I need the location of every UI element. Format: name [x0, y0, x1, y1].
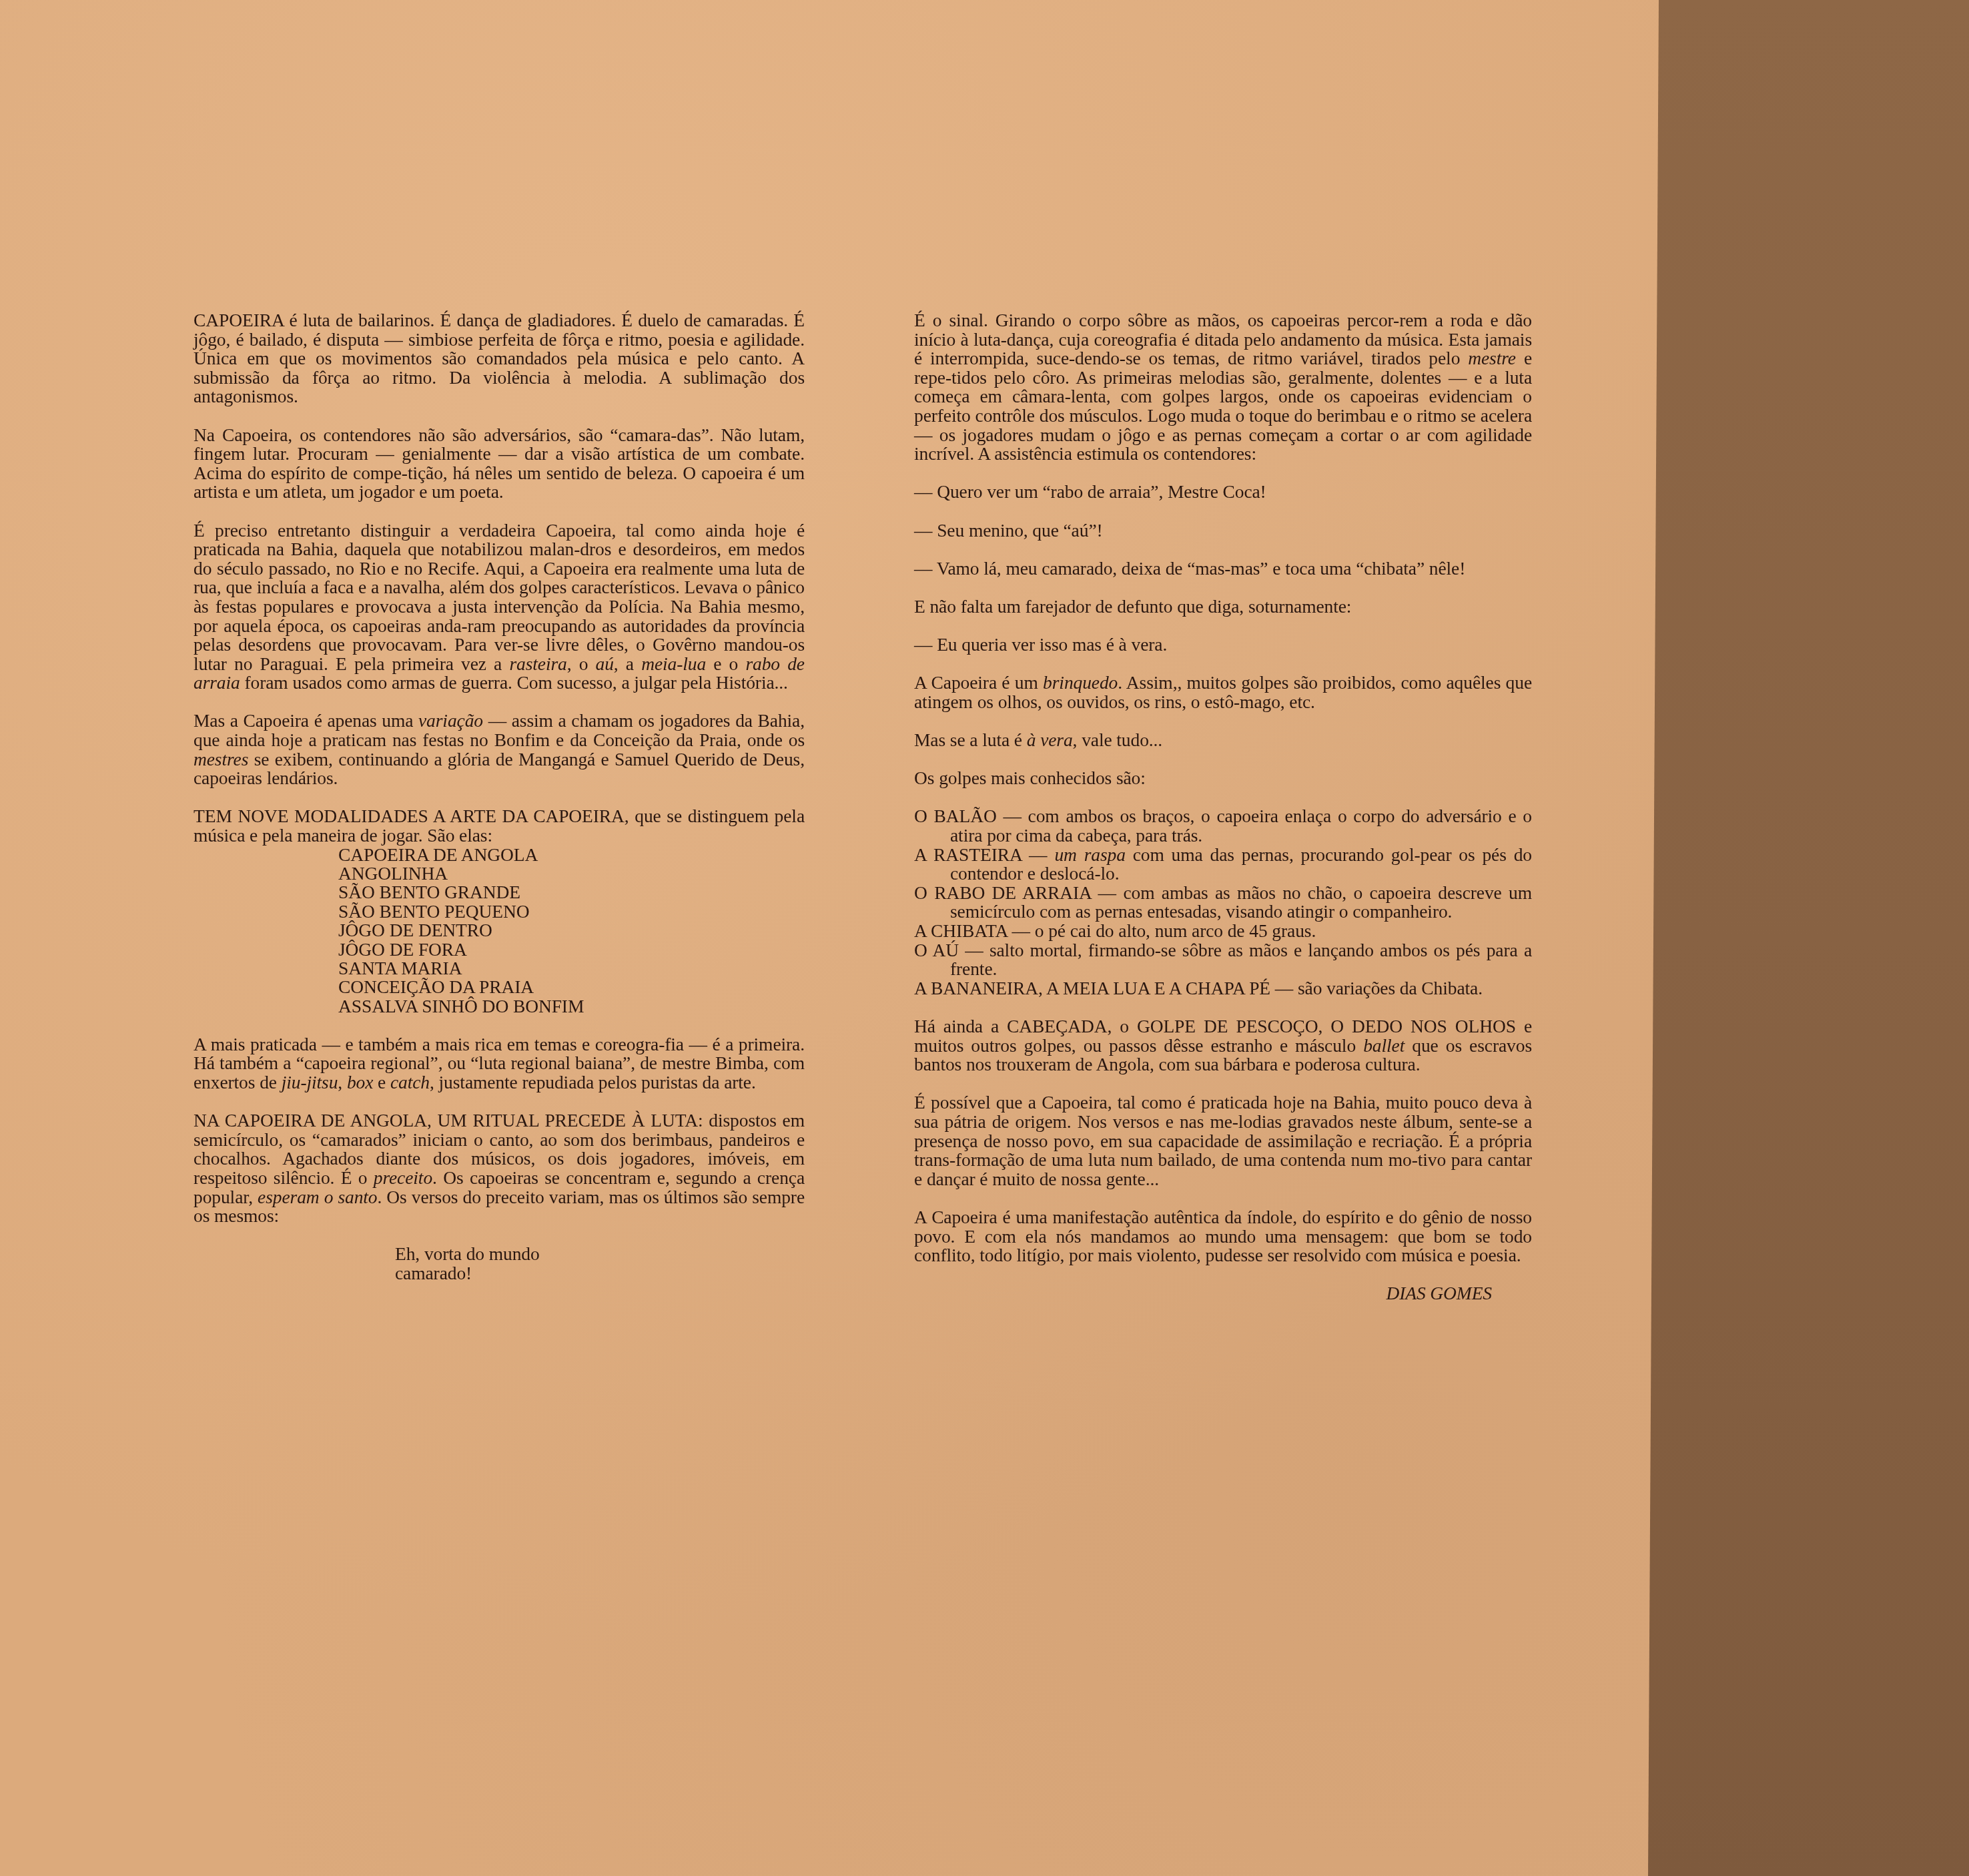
paragraph-r10: Há ainda a CABEÇADA, o GOLPE DE PESCOÇO,…: [914, 1017, 1532, 1074]
list-item: SÃO BENTO PEQUENO: [338, 902, 805, 921]
paragraph-r4: — Vamo lá, meu camarado, deixa de “mas-m…: [914, 559, 1532, 579]
modalidades-list: CAPOEIRA DE ANGOLAANGOLINHASÃO BENTO GRA…: [193, 846, 805, 1016]
paragraph-p5: TEM NOVE MODALIDADES A ARTE DA CAPOEIRA,…: [193, 807, 805, 845]
right-paragraphs-after: Há ainda a CABEÇADA, o GOLPE DE PESCOÇO,…: [914, 1017, 1532, 1265]
golpe-item: O AÚ — salto mortal, firmando-se sôbre a…: [914, 941, 1532, 979]
golpe-item: A RASTEIRA — um raspa com uma das pernas…: [914, 846, 1532, 884]
paragraph-p4: Mas a Capoeira é apenas uma variação — a…: [193, 711, 805, 788]
paragraph-r11: É possível que a Capoeira, tal como é pr…: [914, 1093, 1532, 1189]
paragraph-r7: A Capoeira é um brinquedo. Assim,, muito…: [914, 673, 1532, 711]
list-item: SÃO BENTO GRANDE: [338, 883, 805, 902]
paragraph-r5: E não falta um farejador de defunto que …: [914, 597, 1532, 617]
list-item: SANTA MARIA: [338, 959, 805, 978]
left-column: CAPOEIRA é luta de bailarinos. É dança d…: [193, 311, 805, 1283]
paragraph-p3: É preciso entretanto distinguir a verdad…: [193, 521, 805, 693]
paragraph-r3: — Seu menino, que “aú”!: [914, 521, 1532, 541]
paragraph-p1: CAPOEIRA é luta de bailarinos. É dança d…: [193, 311, 805, 406]
paragraph-r8: Mas se a luta é à vera, vale tudo...: [914, 731, 1532, 750]
author-signature: DIAS GOMES: [914, 1284, 1532, 1303]
golpe-item: O RABO DE ARRAIA — com ambas as mãos no …: [914, 884, 1532, 922]
preceito-verse: Eh, vorta do mundocamarado!: [193, 1245, 805, 1283]
golpe-item: A CHIBATA — o pé cai do alto, num arco d…: [914, 922, 1532, 941]
list-item: Eh, vorta do mundo: [395, 1245, 805, 1264]
paragraph-p6: A mais praticada — e também a mais rica …: [193, 1035, 805, 1092]
golpe-item: A BANANEIRA, A MEIA LUA E A CHAPA PÉ — s…: [914, 979, 1532, 998]
list-item: JÔGO DE FORA: [338, 940, 805, 959]
paragraph-r1: É o sinal. Girando o corpo sôbre as mãos…: [914, 311, 1532, 464]
left-paragraphs-after: A mais praticada — e também a mais rica …: [193, 1035, 805, 1226]
list-item: CAPOEIRA DE ANGOLA: [338, 846, 805, 864]
list-item: ANGOLINHA: [338, 864, 805, 883]
album-backing-edge: [1648, 0, 1969, 1876]
paragraph-r6: — Eu queria ver isso mas é à vera.: [914, 635, 1532, 655]
paragraph-r12: A Capoeira é uma manifestação autêntica …: [914, 1208, 1532, 1265]
paragraph-p2: Na Capoeira, os contendores não são adve…: [193, 426, 805, 502]
list-item: CONCEIÇÃO DA PRAIA: [338, 978, 805, 996]
list-item: camarado!: [395, 1264, 805, 1283]
paragraph-r9: Os golpes mais conhecidos são:: [914, 769, 1532, 788]
golpe-item: O BALÃO — com ambos os braços, o capoeir…: [914, 807, 1532, 845]
left-paragraphs: CAPOEIRA é luta de bailarinos. É dança d…: [193, 311, 805, 846]
paragraph-r2: — Quero ver um “rabo de arraia”, Mestre …: [914, 483, 1532, 502]
golpes-list: O BALÃO — com ambos os braços, o capoeir…: [914, 807, 1532, 998]
paragraph-p7: NA CAPOEIRA DE ANGOLA, UM RITUAL PRECEDE…: [193, 1111, 805, 1226]
right-column: É o sinal. Girando o corpo sôbre as mãos…: [914, 311, 1532, 1303]
right-paragraphs: É o sinal. Girando o corpo sôbre as mãos…: [914, 311, 1532, 788]
list-item: JÔGO DE DENTRO: [338, 921, 805, 940]
list-item: ASSALVA SINHÔ DO BONFIM: [338, 997, 805, 1016]
